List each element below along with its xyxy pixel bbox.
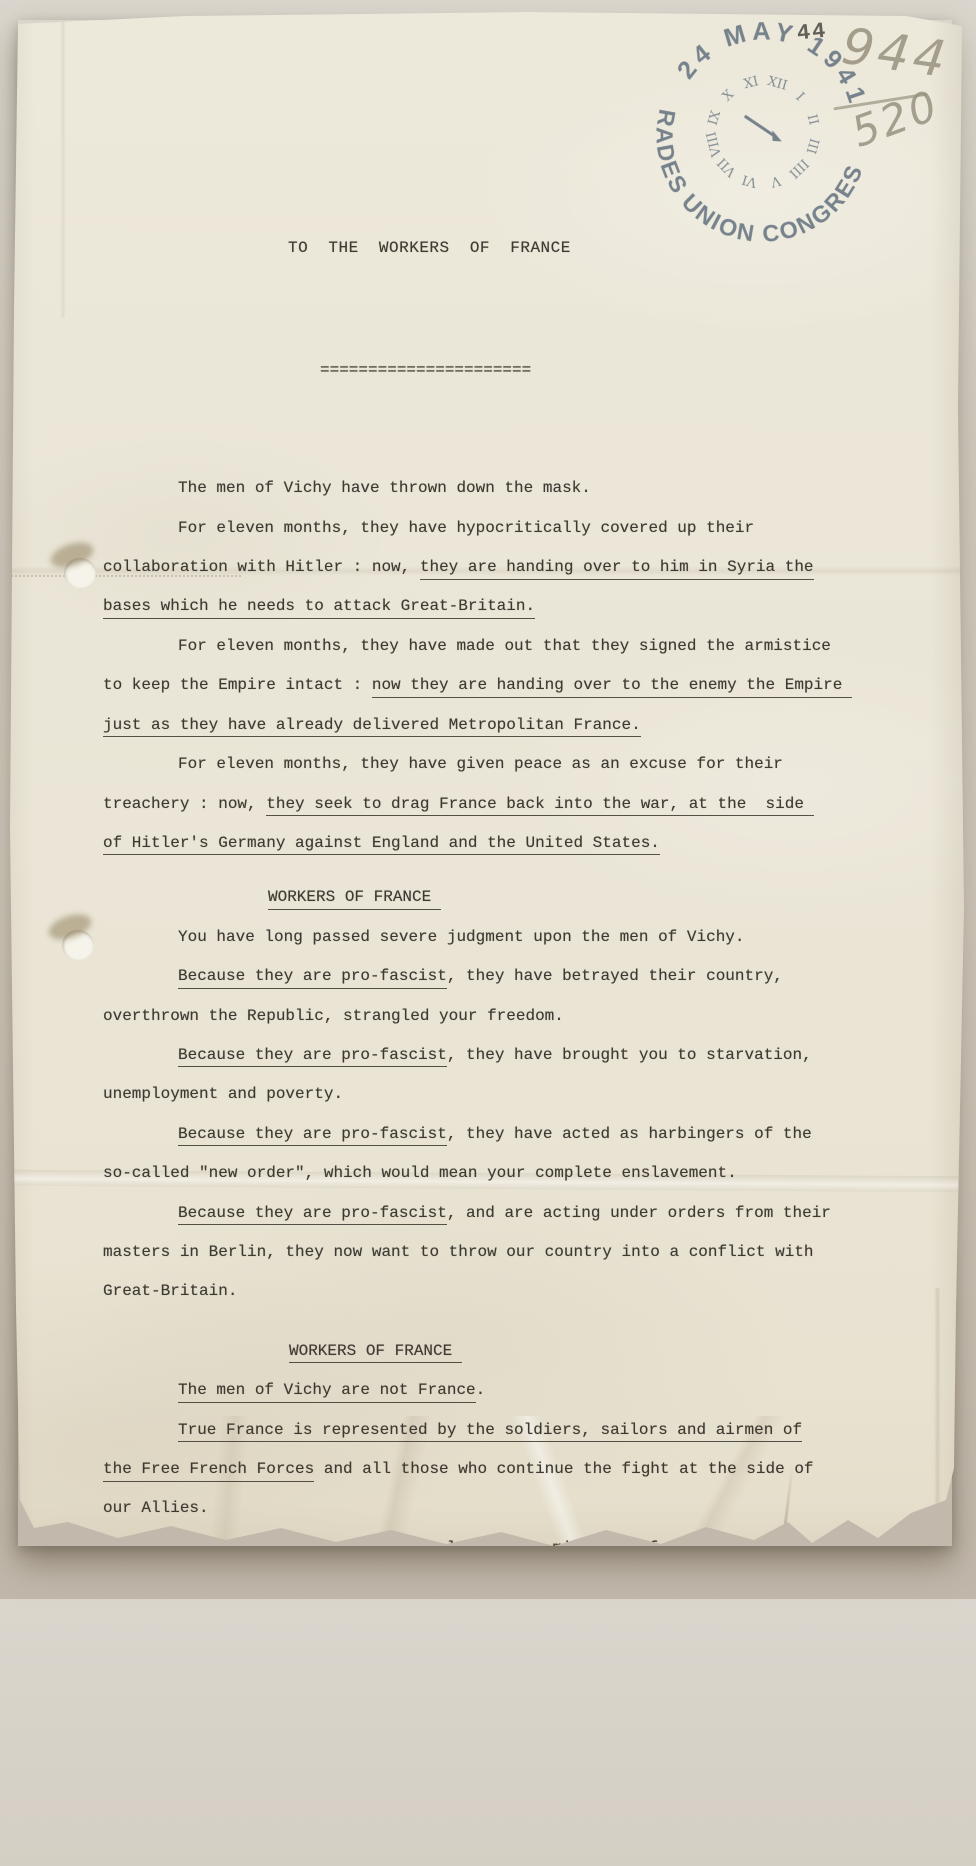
underlined-text: Because they are pro-fascist: [178, 1046, 447, 1068]
stamp-dial-numeral: VII: [715, 154, 740, 180]
stamp-dial-numeral: X: [720, 87, 738, 105]
stamp-clock-dial: XIIIIIIIIIIIIVVIVIIVIIIIXXXI: [692, 61, 835, 204]
stamp-arrow-head: [770, 130, 785, 143]
stamp-dial-numeral: VIII: [704, 130, 725, 159]
underlined-text: The men of Vichy are not France: [178, 1381, 476, 1403]
text-run: , who are making a stand in France and a…: [103, 1578, 814, 1599]
section-heading: WORKERS OF FRANCE: [103, 1332, 899, 1371]
stamp-dial-numeral: II: [804, 113, 821, 127]
paragraph: For eleven months, they have made out th…: [103, 627, 899, 745]
punch-hole: [64, 558, 96, 588]
document-text: TO THE WORKERS OF FRANCE ===============…: [103, 150, 899, 1599]
text-run: The men of Vichy have thrown down the ma…: [178, 479, 591, 497]
underlined-text: WORKERS OF FRANCE: [289, 1342, 462, 1364]
underlined-text: Because they are pro-fascist: [178, 967, 447, 989]
stamp-dial-numeral: III: [802, 136, 821, 155]
punch-hole: [62, 930, 94, 960]
paragraph: The men of Vichy have thrown down the ma…: [103, 469, 899, 508]
underlined-text: Because they are pro-fascist: [178, 1204, 447, 1226]
text-run: .: [476, 1381, 486, 1399]
paragraph: Because they are pro-fascist, they have …: [103, 957, 899, 1036]
stamp-dial-numeral: I: [792, 90, 806, 104]
stamp-dial-numeral: XI: [742, 74, 760, 92]
stamp-dial-numeral: VI: [740, 171, 759, 190]
section-heading: WORKERS OF FRANCE: [103, 878, 899, 917]
underlined-text: Because they are pro-fascist: [178, 1125, 447, 1147]
stamp-dial-numeral: IIII: [786, 155, 811, 180]
underlined-text: WORKERS OF FRANCE: [268, 888, 441, 910]
document-body: The men of Vichy have thrown down the ma…: [103, 469, 899, 1599]
text-run: You have long passed severe judgment upo…: [178, 928, 745, 946]
paragraph: For eleven months, they have given peace…: [103, 745, 899, 863]
stamp-dial-numeral: XII: [766, 74, 789, 94]
paragraph: You have long passed severe judgment upo…: [103, 918, 899, 957]
underlined-text: the millions of Frenchmen, workers, peas…: [103, 1539, 773, 1599]
paragraph: Because they are pro-fascist, and are ac…: [103, 1194, 899, 1312]
stamp-dial-numeral: IX: [706, 108, 725, 127]
paragraph: True France is represented by the soldie…: [103, 1411, 899, 1529]
paragraph: Because they are pro-fascist, they have …: [103, 1115, 899, 1194]
document-page: TO THE WORKERS OF FRANCE ===============…: [6, 8, 968, 1562]
paragraph: The men of Vichy are not France.: [103, 1371, 899, 1410]
crease: [60, 18, 66, 318]
paragraph: For eleven months, they have hypocritica…: [103, 509, 899, 627]
paragraph: Because they are pro-fascist, they have …: [103, 1036, 899, 1115]
title-rule: ======================: [103, 351, 899, 390]
stamp-dial-numeral: V: [769, 172, 783, 189]
